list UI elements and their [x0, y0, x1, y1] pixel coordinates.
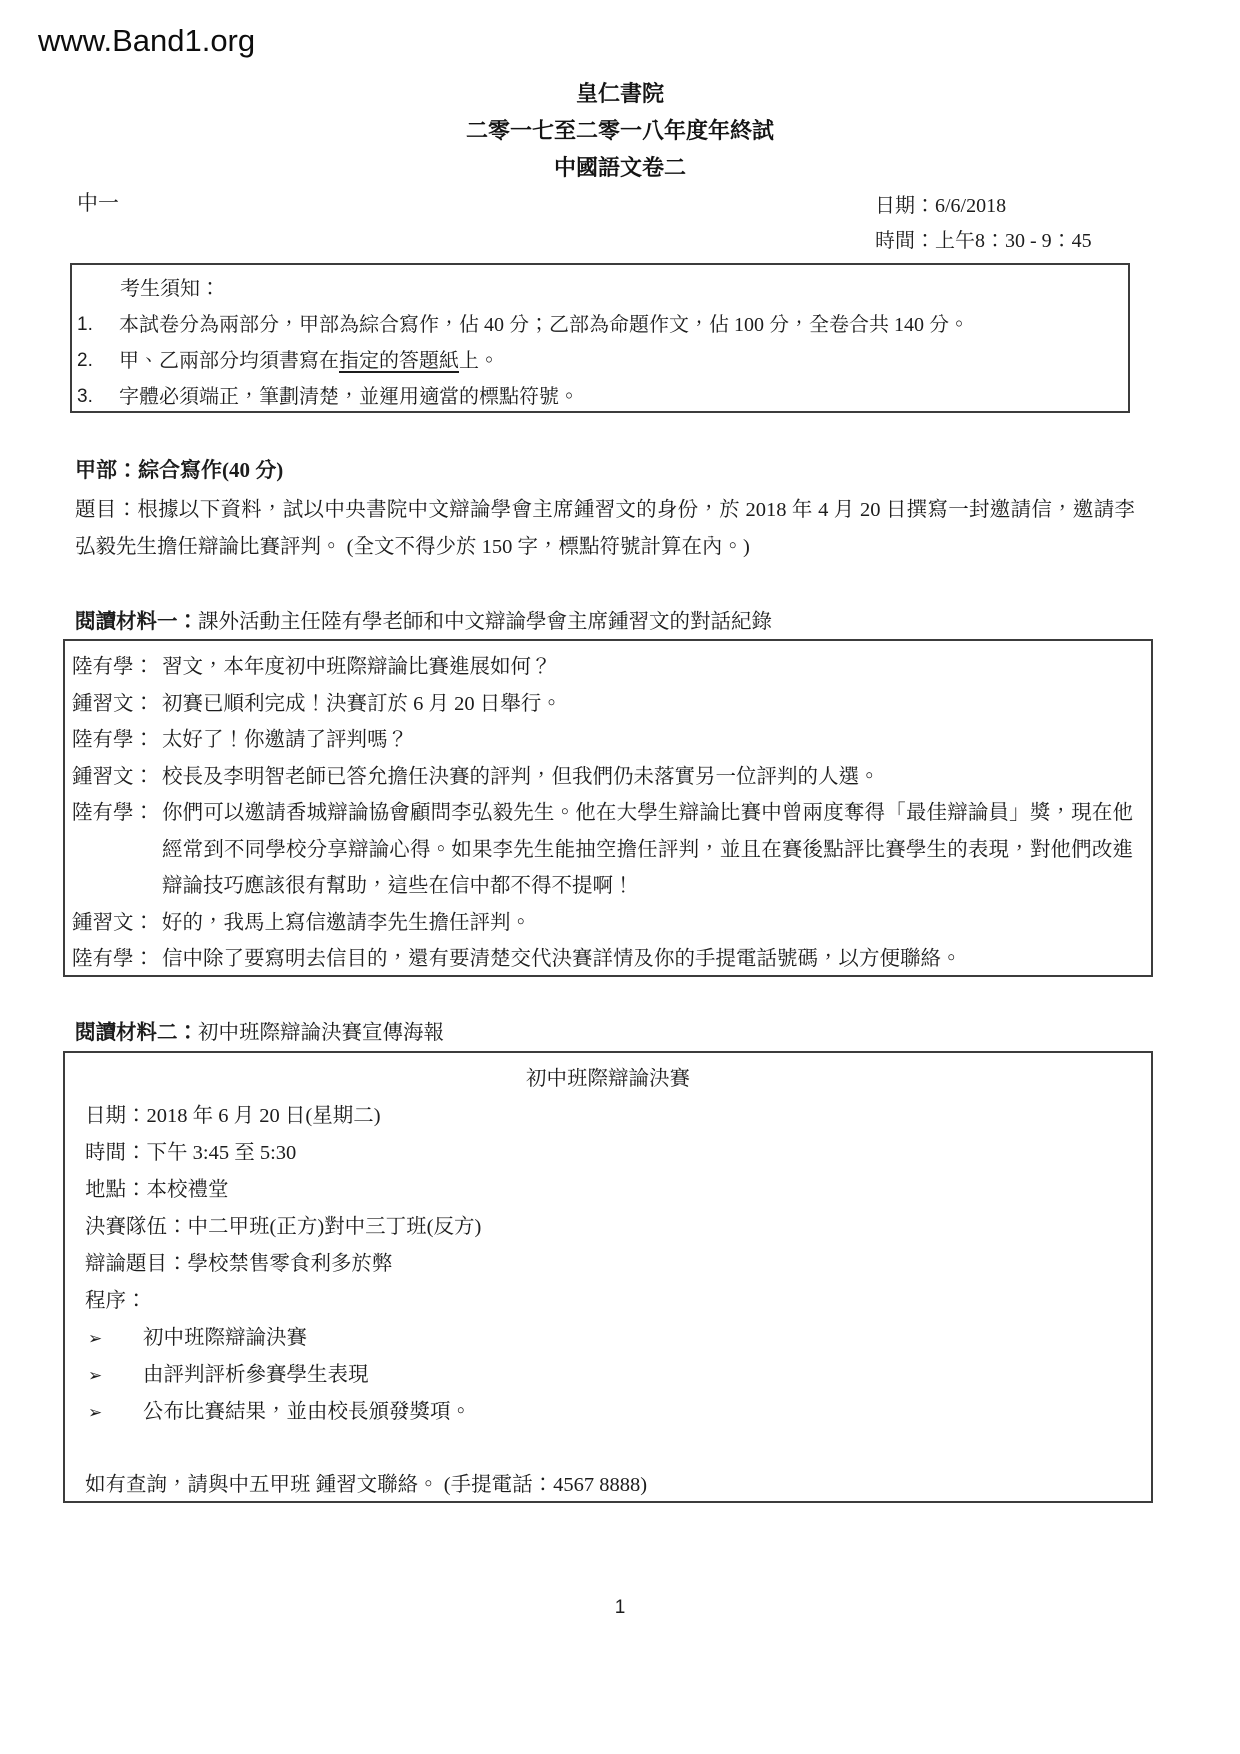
- dialogue-row: 鍾習文： 初賽已順利完成！決賽訂於 6 月 20 日舉行。: [72, 686, 1133, 723]
- dialogue-row: 陸有學： 太好了！你邀請了評判嗎？: [72, 722, 1133, 759]
- section-a-question: 題目：根據以下資料，試以中央書院中文辯論學會主席鍾習文的身份，於 2018 年 …: [75, 492, 1135, 566]
- poster-programme-label: 程序：: [85, 1283, 1131, 1320]
- notice-item-text-pre: 甲、乙兩部分均須書寫在: [119, 350, 339, 372]
- material1-desc: 課外活動主任陸有學老師和中文辯論學會主席鍾習文的對話紀錄: [198, 611, 772, 633]
- dialogue-row: 鍾習文： 校長及李明智老師已答允擔任決賽的評判，但我們仍未落實另一位評判的人選。: [72, 759, 1133, 796]
- poster-topic-line: 辯論題目：學校禁售零食利多於弊: [85, 1246, 1131, 1283]
- poster-date-line: 日期：2018 年 6 月 20 日(星期二): [85, 1098, 1131, 1135]
- dialogue-text: 校長及李明智老師已答允擔任決賽的評判，但我們仍未落實另一位評判的人選。: [162, 759, 1133, 796]
- section-a-heading: 甲部：綜合寫作(40 分): [75, 458, 283, 482]
- exam-session-title: 二零一七至二零一八年度年終試: [0, 112, 1240, 149]
- poster-time-line: 時間：下午 3:45 至 5:30: [85, 1135, 1131, 1172]
- poster-bullet-text: 初中班際辯論決賽: [143, 1320, 1131, 1357]
- dialogue-text: 太好了！你邀請了評判嗎？: [162, 722, 1133, 759]
- material1-label: 閱讀材料一：: [75, 611, 198, 633]
- dialogue-speaker: 鍾習文：: [72, 905, 162, 942]
- notice-item: 1. 本試卷分為兩部分，甲部為綜合寫作，佔 40 分；乙部為命題作文，佔 100…: [72, 307, 1114, 343]
- dialogue-speaker: 陸有學：: [72, 722, 162, 759]
- notice-item-text: 甲、乙兩部分均須書寫在指定的答題紙上。: [119, 343, 1114, 379]
- notice-item-number: 3.: [72, 379, 119, 415]
- poster-bullet-row: ➢ 由評判評析參賽學生表現: [85, 1357, 1131, 1394]
- dialogue-text: 好的，我馬上寫信邀請李先生擔任評判。: [162, 905, 1133, 942]
- dialogue-text: 信中除了要寫明去信目的，還有要清楚交代決賽詳情及你的手提電話號碼，以方便聯絡。: [162, 941, 1133, 978]
- form-level: 中一: [77, 191, 119, 215]
- exam-title-block: 皇仁書院 二零一七至二零一八年度年終試 中國語文卷二: [0, 75, 1240, 186]
- poster-bullet-row: ➢ 公布比賽結果，並由校長頒發獎項。: [85, 1394, 1131, 1431]
- candidate-notice-box: 考生須知： 1. 本試卷分為兩部分，甲部為綜合寫作，佔 40 分；乙部為命題作文…: [70, 263, 1130, 413]
- dialogue-text: 你們可以邀請香城辯論協會顧問李弘毅先生。他在大學生辯論比賽中曾兩度奪得「最佳辯論…: [162, 795, 1133, 905]
- dialogue-row: 陸有學： 你們可以邀請香城辯論協會顧問李弘毅先生。他在大學生辯論比賽中曾兩度奪得…: [72, 795, 1133, 905]
- dialogue-speaker: 陸有學：: [72, 795, 162, 905]
- dialogue-row: 鍾習文： 好的，我馬上寫信邀請李先生擔任評判。: [72, 905, 1133, 942]
- poster-box: 初中班際辯論決賽 日期：2018 年 6 月 20 日(星期二) 時間：下午 3…: [63, 1051, 1153, 1503]
- dialogue-box: 陸有學： 習文，本年度初中班際辯論比賽進展如何？ 鍾習文： 初賽已順利完成！決賽…: [63, 639, 1153, 977]
- exam-paper-page: { "watermark": "www.Band1.org", "header"…: [0, 0, 1240, 1754]
- dialogue-speaker: 鍾習文：: [72, 686, 162, 723]
- arrowhead-bullet-icon: ➢: [85, 1394, 143, 1431]
- material2-heading: 閱讀材料二：初中班際辯論決賽宣傳海報: [75, 1021, 444, 1045]
- site-watermark: www.Band1.org: [38, 24, 255, 58]
- poster-contact-line: 如有查詢，請與中五甲班 鍾習文聯絡。 (手提電話：4567 8888): [85, 1467, 1131, 1504]
- exam-date: 日期：6/6/2018: [875, 189, 1092, 224]
- dialogue-text: 初賽已順利完成！決賽訂於 6 月 20 日舉行。: [162, 686, 1133, 723]
- poster-venue-line: 地點：本校禮堂: [85, 1172, 1131, 1209]
- material2-desc: 初中班際辯論決賽宣傳海報: [198, 1022, 444, 1044]
- notice-item: 2. 甲、乙兩部分均須書寫在指定的答題紙上。: [72, 343, 1114, 379]
- notice-item-number: 1.: [72, 307, 119, 343]
- dialogue-text: 習文，本年度初中班際辯論比賽進展如何？: [162, 649, 1133, 686]
- notice-item-text: 字體必須端正，筆劃清楚，並運用適當的標點符號。: [119, 379, 1114, 415]
- page-number: 1: [0, 1596, 1240, 1620]
- arrowhead-bullet-icon: ➢: [85, 1357, 143, 1394]
- dialogue-speaker: 陸有學：: [72, 649, 162, 686]
- school-name: 皇仁書院: [0, 75, 1240, 112]
- exam-time: 時間：上午8：30 - 9：45: [875, 224, 1092, 259]
- notice-item-text-underlined: 指定的答題紙: [339, 350, 459, 372]
- dialogue-speaker: 陸有學：: [72, 941, 162, 978]
- dialogue-row: 陸有學： 信中除了要寫明去信目的，還有要清楚交代決賽詳情及你的手提電話號碼，以方…: [72, 941, 1133, 978]
- arrowhead-bullet-icon: ➢: [85, 1320, 143, 1357]
- dialogue-speaker: 鍾習文：: [72, 759, 162, 796]
- poster-title: 初中班際辯論決賽: [85, 1061, 1131, 1098]
- notice-item-text: 本試卷分為兩部分，甲部為綜合寫作，佔 40 分；乙部為命題作文，佔 100 分，…: [119, 307, 1114, 343]
- material2-label: 閱讀材料二：: [75, 1022, 198, 1044]
- notice-title: 考生須知：: [72, 271, 1114, 307]
- poster-bullet-row: ➢ 初中班際辯論決賽: [85, 1320, 1131, 1357]
- dialogue-row: 陸有學： 習文，本年度初中班際辯論比賽進展如何？: [72, 649, 1133, 686]
- poster-teams-line: 決賽隊伍：中二甲班(正方)對中三丁班(反方): [85, 1209, 1131, 1246]
- notice-item-text-post: 上。: [459, 350, 499, 372]
- datetime-block: 日期：6/6/2018 時間：上午8：30 - 9：45: [875, 189, 1092, 259]
- notice-item-number: 2.: [72, 343, 119, 379]
- paper-title: 中國語文卷二: [0, 149, 1240, 186]
- poster-bullet-text: 公布比賽結果，並由校長頒發獎項。: [143, 1394, 1131, 1431]
- material1-heading: 閱讀材料一：課外活動主任陸有學老師和中文辯論學會主席鍾習文的對話紀錄: [75, 610, 772, 634]
- notice-item: 3. 字體必須端正，筆劃清楚，並運用適當的標點符號。: [72, 379, 1114, 415]
- poster-bullet-text: 由評判評析參賽學生表現: [143, 1357, 1131, 1394]
